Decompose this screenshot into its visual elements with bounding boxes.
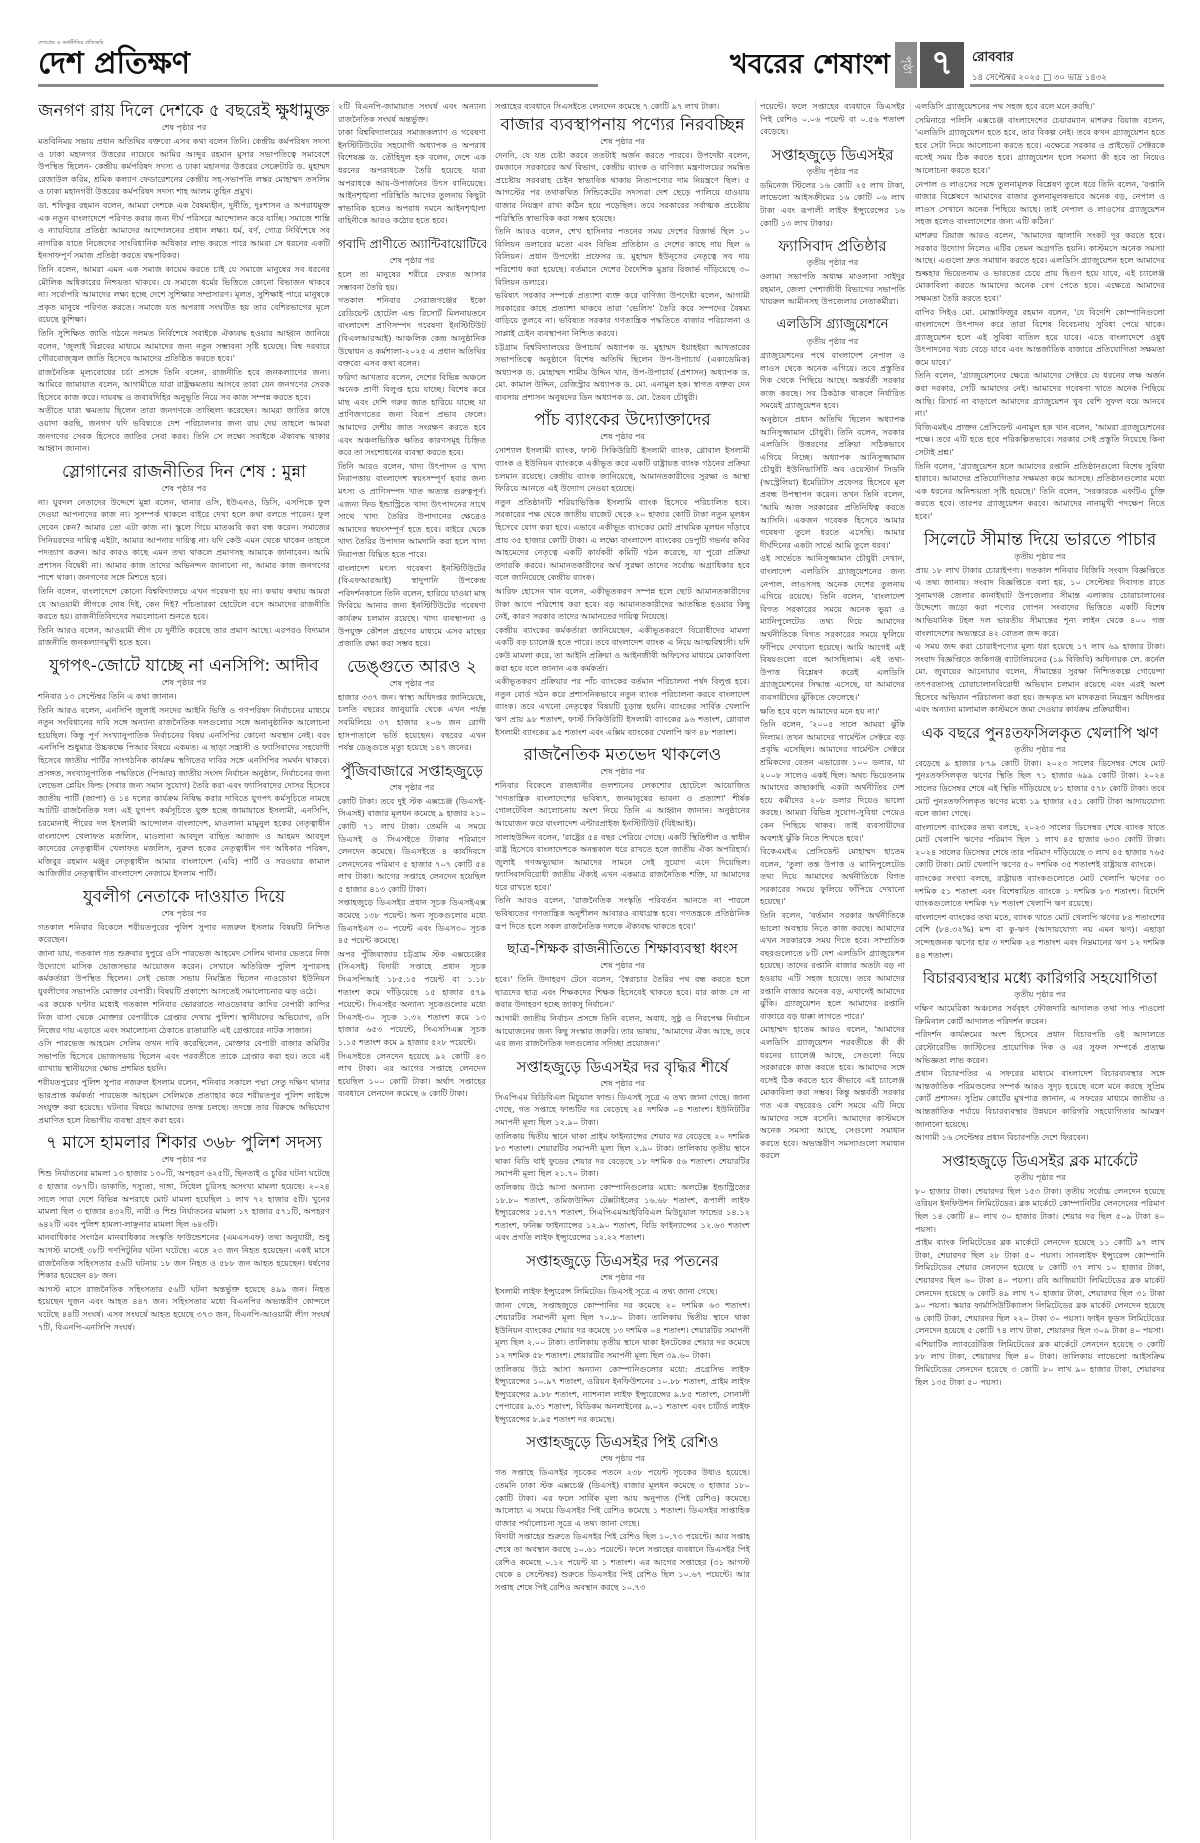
headline[interactable]: গবাদি প্রাণীতে অ্যান্টিবায়োটিকের <box>338 233 486 255</box>
headline[interactable]: ছাত্র-শিক্ষক রাজনীতিতে শিক্ষাব্যবস্থা ধ্… <box>495 938 750 960</box>
newspaper-logo[interactable]: দেশপ্রেম ও অর্থনীতির প্রতিচ্ছবি দেশ প্রত… <box>38 40 190 79</box>
column-2: ২টি বিএনপি-জামায়াত সংঘর্ষ এবং অন্যান্য … <box>338 100 486 1840</box>
article-bnp-jamaat: ২টি বিএনপি-জামায়াত সংঘর্ষ এবং অন্যান্য … <box>338 100 486 227</box>
paragraph: প্রাইম ব্যাংক লিমিটেডের ব্লক মার্কেটে লে… <box>915 1236 1165 1337</box>
headline[interactable]: এলডিসি গ্র্যাজুয়েশনে <box>760 314 905 336</box>
paragraph: মাশরুর রিয়াজ আরও বলেন, 'আমাদের জ্বালানি… <box>915 229 1165 305</box>
continuation-label: তৃতীয় পৃষ্ঠার পর <box>915 1172 1165 1183</box>
paragraph: তিনি আরও বলেন, এনসিপি জুলাই সনদের আইনি ভ… <box>38 704 330 880</box>
article-dengue: ডেঙ্গুতে আরও ২ শেষ পৃষ্ঠার পর হাজার ৩৩৭ … <box>338 656 486 754</box>
date-block: রোববার ১৪ সেপ্টেম্বর ২০২৫ □ ৩০ ভাদ্র ১৪৩… <box>972 48 1107 85</box>
column-5: এলডিসি গ্র্যাজুয়েশনের পথ সহজ হবে বলে মন… <box>915 100 1165 1840</box>
headline[interactable]: পাঁচ ব্যাংকের উদ্যোক্তাদের <box>495 409 750 431</box>
paragraph: তিনি সুশিক্ষিত জাতি গঠনে দলমত নির্বিশেষে… <box>38 327 330 365</box>
article-fascism: ফ্যাসিবাদ প্রতিষ্ঠার তৃতীয় পৃষ্ঠার পর ও… <box>760 235 905 308</box>
paragraph: তিনি বলেন, বাংলাদেশে কোনো বিশ্ববিদ্যালয়… <box>38 585 330 623</box>
paragraph: আগস্ট মাসে রাজনৈতিক সহিংসতার ৫৬টি ঘটনা অ… <box>38 1283 330 1333</box>
article-dse-fall: সপ্তাহজুড়ে ডিএসইর দর পতনের শেষ পৃষ্ঠার … <box>495 1250 750 1426</box>
paragraph: কোটি টাকা। তবে দুই স্টক এক্সচেঞ্জ (ডিএসই… <box>338 795 486 896</box>
headline[interactable]: ৭ মাসে হামলার শিকার ৩৬৮ পুলিশ সদস্য <box>38 1132 330 1154</box>
article-political-diff: রাজনৈতিক মতভেদ থাকলেও শেষ পৃষ্ঠার পর শনি… <box>495 744 750 932</box>
paragraph: ঢাকা বিশ্ববিদ্যালয়ের সমাজকল্যাণ ও গবেষণ… <box>338 126 486 227</box>
paragraph: বিদায়ী সপ্তাহের শুরুতে ডিএসইর পিই রেশিও… <box>495 1530 750 1593</box>
headline[interactable]: বিচারব্যবস্থার মধ্যে কারিগরি সহযোগিতা <box>915 967 1165 989</box>
paragraph: মানবাধিকার সংগঠন মানবাধিকার সংস্কৃতি ফাউ… <box>38 1231 330 1281</box>
paragraph: তালিকায় উঠে আসা অন্যান্য কোম্পানিগুলোর … <box>495 1363 750 1426</box>
paragraph: ডমিনেজ স্টিলের ১৬ কোটি ২৫ লাখ টাকা, লাভে… <box>760 179 905 229</box>
paragraph: একীভূতকরণ প্রক্রিয়ার পর পাঁচ ব্যাংকের ব… <box>495 675 750 738</box>
paragraph: তিনি আরও বলেন, 'রাজনৈতিক সংস্কৃতি পরিবর্… <box>495 894 750 932</box>
paragraph: ওসি পারভেজ আহমেদ সেলিম তখন দাবি করেছিলেন… <box>38 1037 330 1075</box>
paragraph: রাজনৈতিক মূল্যবোধের চর্চা প্রসঙ্গে তিনি … <box>38 366 330 404</box>
paragraph: দেননি, যে যত চেষ্টা করবে ততটাই অর্জন করত… <box>495 149 750 225</box>
continuation-label: শেষ পৃষ্ঠার পর <box>338 255 486 266</box>
paragraph: শনিবার ১৩ সেপ্টেম্বর তিনি এ কথা জানান। <box>38 690 330 703</box>
headline[interactable]: সপ্তাহজুড়ে ডিএসইর <box>760 144 905 166</box>
article-puji-weekly: পুঁজিবাজারে সপ্তাহজুড়ে শেষ পৃষ্ঠার পর ক… <box>338 760 486 1100</box>
paragraph: দক্ষিণ আমেরিকা অঞ্চলের সর্ববৃহৎ ফৌজদারি … <box>915 1002 1165 1027</box>
paragraph: ওলামা সভাপতি অধ্যক্ষ মাওলানা সাইদুর রহমা… <box>760 270 905 308</box>
paragraph: সালাহউদ্দিন বলেন, 'রাষ্ট্রের ৫৪ বছর পেরি… <box>495 831 750 894</box>
headline[interactable]: এক বছরে পুনঃতফসিলকৃত খেলাপি ঋণ <box>915 722 1165 744</box>
paragraph: ভবিষ্যৎ সরকার সম্পর্কে প্রত্যাশা ব্যক্ত … <box>495 289 750 339</box>
column-1: জনগণ রায় দিলে দেশকে ৫ বছরেই ক্ষুধামুক্ত… <box>38 100 330 1840</box>
article-dse-weekly-2: সপ্তাহজুড়ে ডিএসইর তৃতীয় পৃষ্ঠার পর ডমি… <box>760 144 905 229</box>
article-jugopot: যুগপৎ-জোটে যাচ্ছে না এনসিপি: আদীব শেষ পৃ… <box>38 655 330 880</box>
headline[interactable]: সপ্তাহজুড়ে ডিএসইর দর পতনের <box>495 1250 750 1272</box>
paragraph: আরিফ হোসেন খান বলেন, একীভূতকরণ সম্পন্ন হ… <box>495 585 750 623</box>
paragraph: আগামী ১৬ সেপ্টেম্বর প্রধান বিচারপতি দেশে… <box>915 1131 1165 1144</box>
paragraph: ২টি বিএনপি-জামায়াত সংঘর্ষ এবং অন্যান্য … <box>338 100 486 125</box>
page-number: ৭ <box>920 42 964 88</box>
column-divider <box>490 100 491 1840</box>
paragraph: এর কয়েক ঘণ্টার মধ্যেই গতকাল শনিবার ভোরর… <box>38 998 330 1036</box>
paragraph: গতকাল শনিবার সেরাজগঞ্জের ইকো রেডিয়েন্ট … <box>338 294 486 370</box>
paragraph: বিকেএমইএ প্রেসিডেন্ট মোহাম্মদ হাতেম বলেন… <box>760 845 905 908</box>
continuation-label: তৃতীয় পৃষ্ঠার পর <box>760 336 905 347</box>
paragraph: শনিবার বিকেলে রাজধানীর গুলশানের লেকশোর হ… <box>495 779 750 829</box>
paragraph: এলডিসি গ্র্যাজুয়েশনের পথ সহজ হবে বলে মন… <box>915 100 1165 113</box>
intro-line: সপ্তাহের ব্যবধানে সিএসইতে লেনদেন কমেছে ৭… <box>495 100 750 113</box>
continuation-label: শেষ পৃষ্ঠার পর <box>495 766 750 777</box>
headline[interactable]: রাজনৈতিক মতভেদ থাকলেও <box>495 744 750 766</box>
continuation-label: শেষ পৃষ্ঠার পর <box>495 431 750 442</box>
headline[interactable]: যুবলীগ নেতাকে দাওয়াত দিয়ে <box>38 886 330 908</box>
paragraph: অপর পুঁজিবাজার চট্টগ্রাম স্টক এক্সচেঞ্জে… <box>338 948 486 1049</box>
continuation-label: শেষ পৃষ্ঠার পর <box>38 908 330 919</box>
continuation-label: শেষ পৃষ্ঠার পর <box>495 1453 750 1464</box>
paragraph: প্রায় ১৮ লাখ টাকার চোরাইপণ্য। গতকাল শনি… <box>915 564 1165 640</box>
continuation-label: শেষ পৃষ্ঠার পর <box>338 782 486 793</box>
paragraph: আগামী জাতীয় নির্বাচন প্রসঙ্গে তিনি বলেন… <box>495 1012 750 1050</box>
paragraph: সিএপিএম বিডিবিএল মিচুয়াল ফান্ড। ডিএসই স… <box>495 1091 750 1129</box>
masthead-rule-left <box>38 84 598 87</box>
paragraph: বাংলাদেশ ব্যাংকের তথ্য মতে, ব্যাংক খাতে … <box>915 911 1165 961</box>
headline[interactable]: পুঁজিবাজারে সপ্তাহজুড়ে <box>338 760 486 782</box>
paragraph: সেমিনারে পলিসি এক্সচেঞ্জ বাংলাদেশের চেয়… <box>915 114 1165 177</box>
continuation-label: তৃতীয় পৃষ্ঠার পর <box>760 257 905 268</box>
paragraph: তিনি বলেন, 'গ্র্যাজুয়েশন হলে আমাদের রপ্… <box>915 460 1165 523</box>
paragraph: তালিকায় দ্বিতীয় স্থানে থাকা প্রাইম ফাই… <box>495 1130 750 1180</box>
headline[interactable]: সপ্তাহজুড়ে ডিএসইর পিই রেশিও <box>495 1431 750 1453</box>
date-line: ১৪ সেপ্টেম্বর ২০২৫ □ ৩০ ভাদ্র ১৪৩২ <box>972 71 1107 85</box>
headline[interactable]: ডেঙ্গুতে আরও ২ <box>338 656 486 678</box>
headline[interactable]: স্লোগানের রাজনীতির দিন শেষ : মুন্না <box>38 461 330 483</box>
paragraph: হলে তা মানুষের শরীরে ফেরত আসার সম্ভাবনা … <box>338 268 486 293</box>
masthead-rule-right <box>970 84 1164 87</box>
paragraph: গত সপ্তাহে ডিএসইর সূচকের পতনে ২৩৮ পয়েন্… <box>495 1466 750 1529</box>
article-bazar: সপ্তাহের ব্যবধানে সিএসইতে লেনদেন কমেছে ৭… <box>495 100 750 403</box>
paragraph: হবে।' তিনি উদাহরণ টেনে বলেন, 'স্বৈরাচার … <box>495 973 750 1011</box>
article-sylhet: সিলেটে সীমান্ত দিয়ে ভারতে পাচার তৃতীয় … <box>915 529 1165 716</box>
section-title: খবরের শেষাংশ <box>700 44 890 89</box>
paragraph: অনুষ্ঠানে প্রধান অতিথি ছিলেন অধ্যাপক আনি… <box>760 413 905 552</box>
paragraph: বিজিএমইএ প্রাক্তন প্রেসিডেন্ট এনামুল হক … <box>915 421 1165 459</box>
paragraph: বাংলাদেশ মৎস্য গবেষণা ইনস্টিটিউটের (বিএফ… <box>338 562 486 650</box>
paragraph: তালিকায় উঠে আসা অন্যান্য কোম্পানিগুলোর … <box>495 1181 750 1244</box>
paragraph: তিনি বলেন, আমরা এমন এক সমাজ কায়েম করতে … <box>38 263 330 326</box>
paragraph: শরীয়তপুরের পুলিশ সুপার নজরুল ইসলাম বলেন… <box>38 1076 330 1126</box>
continuation-label: শেষ পৃষ্ঠার পর <box>495 1272 750 1283</box>
article-block-market: সপ্তাহজুড়ে ডিএসইর ব্লক মার্কেটে তৃতীয় … <box>915 1150 1165 1389</box>
logo-text: দেশ প্রতিক্ষণ <box>38 49 190 79</box>
article-ldc-right: এলডিসি গ্র্যাজুয়েশনের পথ সহজ হবে বলে মন… <box>915 100 1165 523</box>
article-antibiotic: গবাদি প্রাণীতে অ্যান্টিবায়োটিকের শেষ পৃ… <box>338 233 486 650</box>
paragraph: পরিদর্শন কার্যক্রমের অংশ হিসেবে প্রধান ব… <box>915 1028 1165 1066</box>
headline[interactable]: বাজার ব্যবস্থাপনায় পণ্যের নিরবচ্ছিন্ন <box>495 114 750 136</box>
continuation-label: তৃতীয় পৃষ্ঠার পর <box>915 744 1165 755</box>
paragraph: ব্যাংকের সংখ্যা বলছে, রাষ্ট্রায়ত্ত ব্যা… <box>915 872 1165 910</box>
continuation-label: শেষ পৃষ্ঠার পর <box>495 136 750 147</box>
paragraph: হাজার ৩৩৭ জন। স্বাস্থ্য অধিদপ্তর জানিয়ে… <box>338 691 486 754</box>
column-divider <box>910 100 911 1840</box>
headline[interactable]: সিলেটে সীমান্ত দিয়ে ভারতে পাচার <box>915 529 1165 551</box>
continuation-label: শেষ পৃষ্ঠার পর <box>495 960 750 971</box>
paragraph: শিশু নির্যাতনের মামলা ১৩ হাজার ১৩০টি, অপ… <box>38 1167 330 1230</box>
continuation-label: শেষ পৃষ্ঠার পর <box>38 1154 330 1165</box>
paragraph: সিএসইতে লেনদেন হয়েছে ৯২ কোটি ৪৩ লাখ টাক… <box>338 1050 486 1100</box>
paragraph: তিনি আরও বলেন, খাদ্য উৎপাদন ও খাদ্য নিরা… <box>338 460 486 561</box>
paragraph: বাংলাদেশ ব্যাংকের তথ্য বলছে, ২০২৩ সালের … <box>915 821 1165 871</box>
paragraph: কেন্দ্রীয় ব্যাংকের কর্মকর্তারা জানিয়েছ… <box>495 624 750 674</box>
paragraph: না। যুবদল নেতাদের উদ্দেশে মুন্না বলেন, থ… <box>38 496 330 584</box>
paragraph: গতকাল শনিবার বিকেলে শরীয়তপুরের পুলিশ সু… <box>38 921 330 946</box>
continuation-label: তৃতীয় পৃষ্ঠার পর <box>915 989 1165 1000</box>
continuation-label: শেষ পৃষ্ঠার পর <box>38 677 330 688</box>
paragraph: মতবিনিময় সভায় প্রধান অতিথির বক্তব্যে এ… <box>38 135 330 198</box>
paragraph: সোশ্যাল ইসলামী ব্যাংক, ফাস্ট সিকিউরিটি ই… <box>495 444 750 494</box>
paragraph: জানা যায়, গতকাল গত শুক্রবার দুপুরে ওসি … <box>38 947 330 997</box>
paragraph: তিনি বলেন, 'বর্তমান সরকার অর্থনীতিকে ভাল… <box>760 909 905 1022</box>
article-five-banks: পাঁচ ব্যাংকের উদ্যোক্তাদের শেষ পৃষ্ঠার প… <box>495 409 750 738</box>
continuation-label: শেষ পৃষ্ঠার পর <box>38 483 330 494</box>
article-dse-rise: সপ্তাহজুড়ে ডিএসইর দর বৃদ্ধির শীর্ষে শেষ… <box>495 1056 750 1244</box>
article-dse-weekly-top: পয়েন্টে। ফলে সপ্তাহের ব্যবধানে ডিএসইর প… <box>760 100 905 138</box>
paragraph: চট্টগ্রাম বিশ্ববিদ্যালয়ের উপাচার্য অধ্য… <box>495 341 750 404</box>
article-police: ৭ মাসে হামলার শিকার ৩৬৮ পুলিশ সদস্য শেষ … <box>38 1132 330 1333</box>
paragraph: ডা. শফিকুর রহমান বলেন, আমরা দেশকে এক বৈষ… <box>38 199 330 262</box>
paragraph: এ সময় জব্দ করা চোরাইপণ্যের মূল্য ধরা হয… <box>915 640 1165 716</box>
masthead: দেশপ্রেম ও অর্থনীতির প্রতিচ্ছবি দেশ প্রত… <box>0 0 1200 92</box>
article-default-loan: এক বছরে পুনঃতফসিলকৃত খেলাপি ঋণ তৃতীয় পৃ… <box>915 722 1165 962</box>
article-slogan: স্লোগানের রাজনীতির দিন শেষ : মুন্না শেষ … <box>38 461 330 649</box>
paragraph: ইসলামী লাইফ ইন্স্যুরেন্স লিমিটেড। ডিএসই … <box>495 1285 750 1298</box>
headline[interactable]: সপ্তাহজুড়ে ডিএসইর ব্লক মার্কেটে <box>915 1150 1165 1172</box>
paragraph: এশিয়াটিক ল্যাবরেটরিজ লিমিটেডের ব্লক মার… <box>915 1338 1165 1388</box>
paragraph: নতুন প্রতিষ্ঠানটি শরিয়াভিত্তিক ইসলামি ব… <box>495 496 750 584</box>
column-divider <box>333 100 334 1840</box>
column-divider <box>755 100 756 1840</box>
article-judiciary: বিচারব্যবস্থার মধ্যে কারিগরি সহযোগিতা তৃ… <box>915 967 1165 1144</box>
article-jubaleague: যুবলীগ নেতাকে দাওয়াত দিয়ে শেষ পৃষ্ঠার … <box>38 886 330 1127</box>
paragraph: নেপাল ও লাওসের সঙ্গে তুলনামূলক বিশ্লেষণ … <box>915 178 1165 228</box>
headline[interactable]: যুগপৎ-জোটে যাচ্ছে না এনসিপি: আদীব <box>38 655 330 677</box>
headline[interactable]: সপ্তাহজুড়ে ডিএসইর দর বৃদ্ধির শীর্ষে <box>495 1056 750 1078</box>
paragraph: ৮০ হাজার টাকা। শেয়ারদর ছিল ১৫৩ টাকা। তৃ… <box>915 1185 1165 1235</box>
paragraph: ওই সার্ভেতে আনিসুজ্জামান চৌধুরী দেখান, ব… <box>760 552 905 703</box>
paragraph: অতীতে যারা ক্ষমতায় ছিলেন তারা জনগণকে তা… <box>38 404 330 454</box>
paragraph: বাপির সিইও মো. মোস্তাফিজুর রহমান বলেন, '… <box>915 306 1165 369</box>
paragraph: ফরিদা আখতার বলেন, দেশের বিভিন্ন অঞ্চলে অ… <box>338 371 486 459</box>
paragraph: জানা গেছে, সপ্তাহজুড়ে কোম্পানির দর কমেছ… <box>495 1299 750 1362</box>
continuation-label: তৃতীয় পৃষ্ঠার পর <box>760 166 905 177</box>
day-of-week: রোববার <box>972 48 1107 69</box>
continuation-label: তৃতীয় পৃষ্ঠার পর <box>915 551 1165 562</box>
paragraph: মোহাম্মদ হাতেম আরও বলেন, 'আমাদের এলডিসি … <box>760 1023 905 1162</box>
continuation-label: শেষ পৃষ্ঠার পর <box>495 1078 750 1089</box>
paragraph: ক্ষতি হবে বলে আমাদের মনে হয় না।' <box>760 705 905 718</box>
column-3: সপ্তাহের ব্যবধানে সিএসইতে লেনদেন কমেছে ৭… <box>495 100 750 1840</box>
paragraph: তিনি বলেন, 'গ্র্যাজুয়েশনের ক্ষেত্রে আমা… <box>915 369 1165 419</box>
paragraph: বেড়েছে ৯ হাজার ৮৭৯ কোটি টাকা। ২০২৩ সালে… <box>915 757 1165 820</box>
article-student-teacher: ছাত্র-শিক্ষক রাজনীতিতে শিক্ষাব্যবস্থা ধ্… <box>495 938 750 1050</box>
column-4: পয়েন্টে। ফলে সপ্তাহের ব্যবধানে ডিএসইর প… <box>760 100 905 1840</box>
paragraph: তিনি আরও বলেন, আওয়ামী লীগ যে দুর্নীতি ক… <box>38 624 330 649</box>
paragraph: তিনি আরও বলেন, শেখ হাসিনার পতনের সময় দে… <box>495 225 750 288</box>
paragraph: তিনি বলেন, '২০০৫ সালে আমরা ঝুঁকি নিলাম। … <box>760 718 905 844</box>
continuation-label: শেষ পৃষ্ঠার পর <box>38 122 330 133</box>
headline[interactable]: জনগণ রায় দিলে দেশকে ৫ বছরেই ক্ষুধামুক্ত <box>38 100 330 122</box>
headline[interactable]: ফ্যাসিবাদ প্রতিষ্ঠার <box>760 235 905 257</box>
paragraph: সপ্তাহজুড়ে ডিএসইর প্রধান সূচক ডিএসইএক্স… <box>338 896 486 946</box>
article-dse-pe: সপ্তাহজুড়ে ডিএসইর পিই রেশিও শেষ পৃষ্ঠার… <box>495 1431 750 1593</box>
continuation-label: শেষ পৃষ্ঠার পর <box>338 678 486 689</box>
article-jonogon: জনগণ রায় দিলে দেশকে ৫ বছরেই ক্ষুধামুক্ত… <box>38 100 330 455</box>
page-label: পৃষ্ঠা <box>895 42 917 88</box>
paragraph: পয়েন্টে। ফলে সপ্তাহের ব্যবধানে ডিএসইর প… <box>760 100 905 138</box>
paragraph: প্রধান বিচারপতির এ সফরের মাধ্যমে বাংলাদে… <box>915 1067 1165 1130</box>
article-ldc: এলডিসি গ্র্যাজুয়েশনে তৃতীয় পৃষ্ঠার পর … <box>760 314 905 1162</box>
paragraph: গ্র্যাজুয়েশনের পথে বাংলাদেশ নেপাল ও লাও… <box>760 349 905 412</box>
